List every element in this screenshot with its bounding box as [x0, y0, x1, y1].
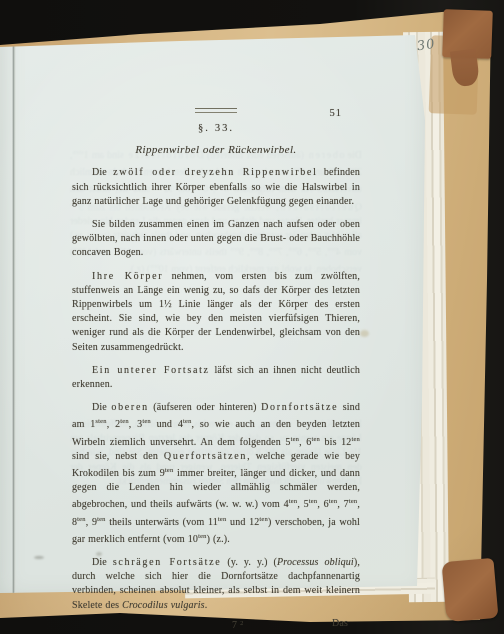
section-rule: [195, 108, 237, 113]
tape-bottom-right: [441, 558, 498, 622]
body-paragraph: Die zwölf oder dreyzehn Rippenwirbel bef…: [72, 166, 360, 209]
printed-text-block: 51 §. 33. Rippenwirbel oder Rückenwirbel…: [72, 104, 360, 634]
chapter-heading: Rippenwirbel oder Rückenwirbel.: [72, 143, 360, 157]
printed-page-number: 51: [330, 107, 343, 121]
body-paragraph: Die schrägen Fortsätze (y. y. y.) (Proce…: [72, 556, 360, 613]
signature-mark: 7 2: [232, 617, 244, 633]
page-footer: 7 2 Das: [72, 617, 360, 634]
body-paragraph: Ein unterer Fortsatz läfst sich an ihnen…: [72, 364, 360, 392]
photo-scan: Die oberen (äufseren oder hinteren) Dorn…: [0, 0, 504, 634]
stain-mark: [360, 330, 369, 337]
body-paragraph: Ihre Körper nehmen, vom ersten bis zum z…: [72, 270, 360, 355]
pencil-page-number: 30: [416, 37, 437, 55]
body-paragraph: Sie bilden zusammen einen im Ganzen nach…: [72, 218, 360, 261]
catchword: Das: [332, 617, 348, 631]
section-mark: §. 33.: [72, 122, 360, 136]
gutter-crease: [12, 46, 16, 593]
body-paragraph: Die oberen (äufseren oder hinteren) Dorn…: [72, 401, 360, 547]
stain-mark: [34, 556, 44, 559]
